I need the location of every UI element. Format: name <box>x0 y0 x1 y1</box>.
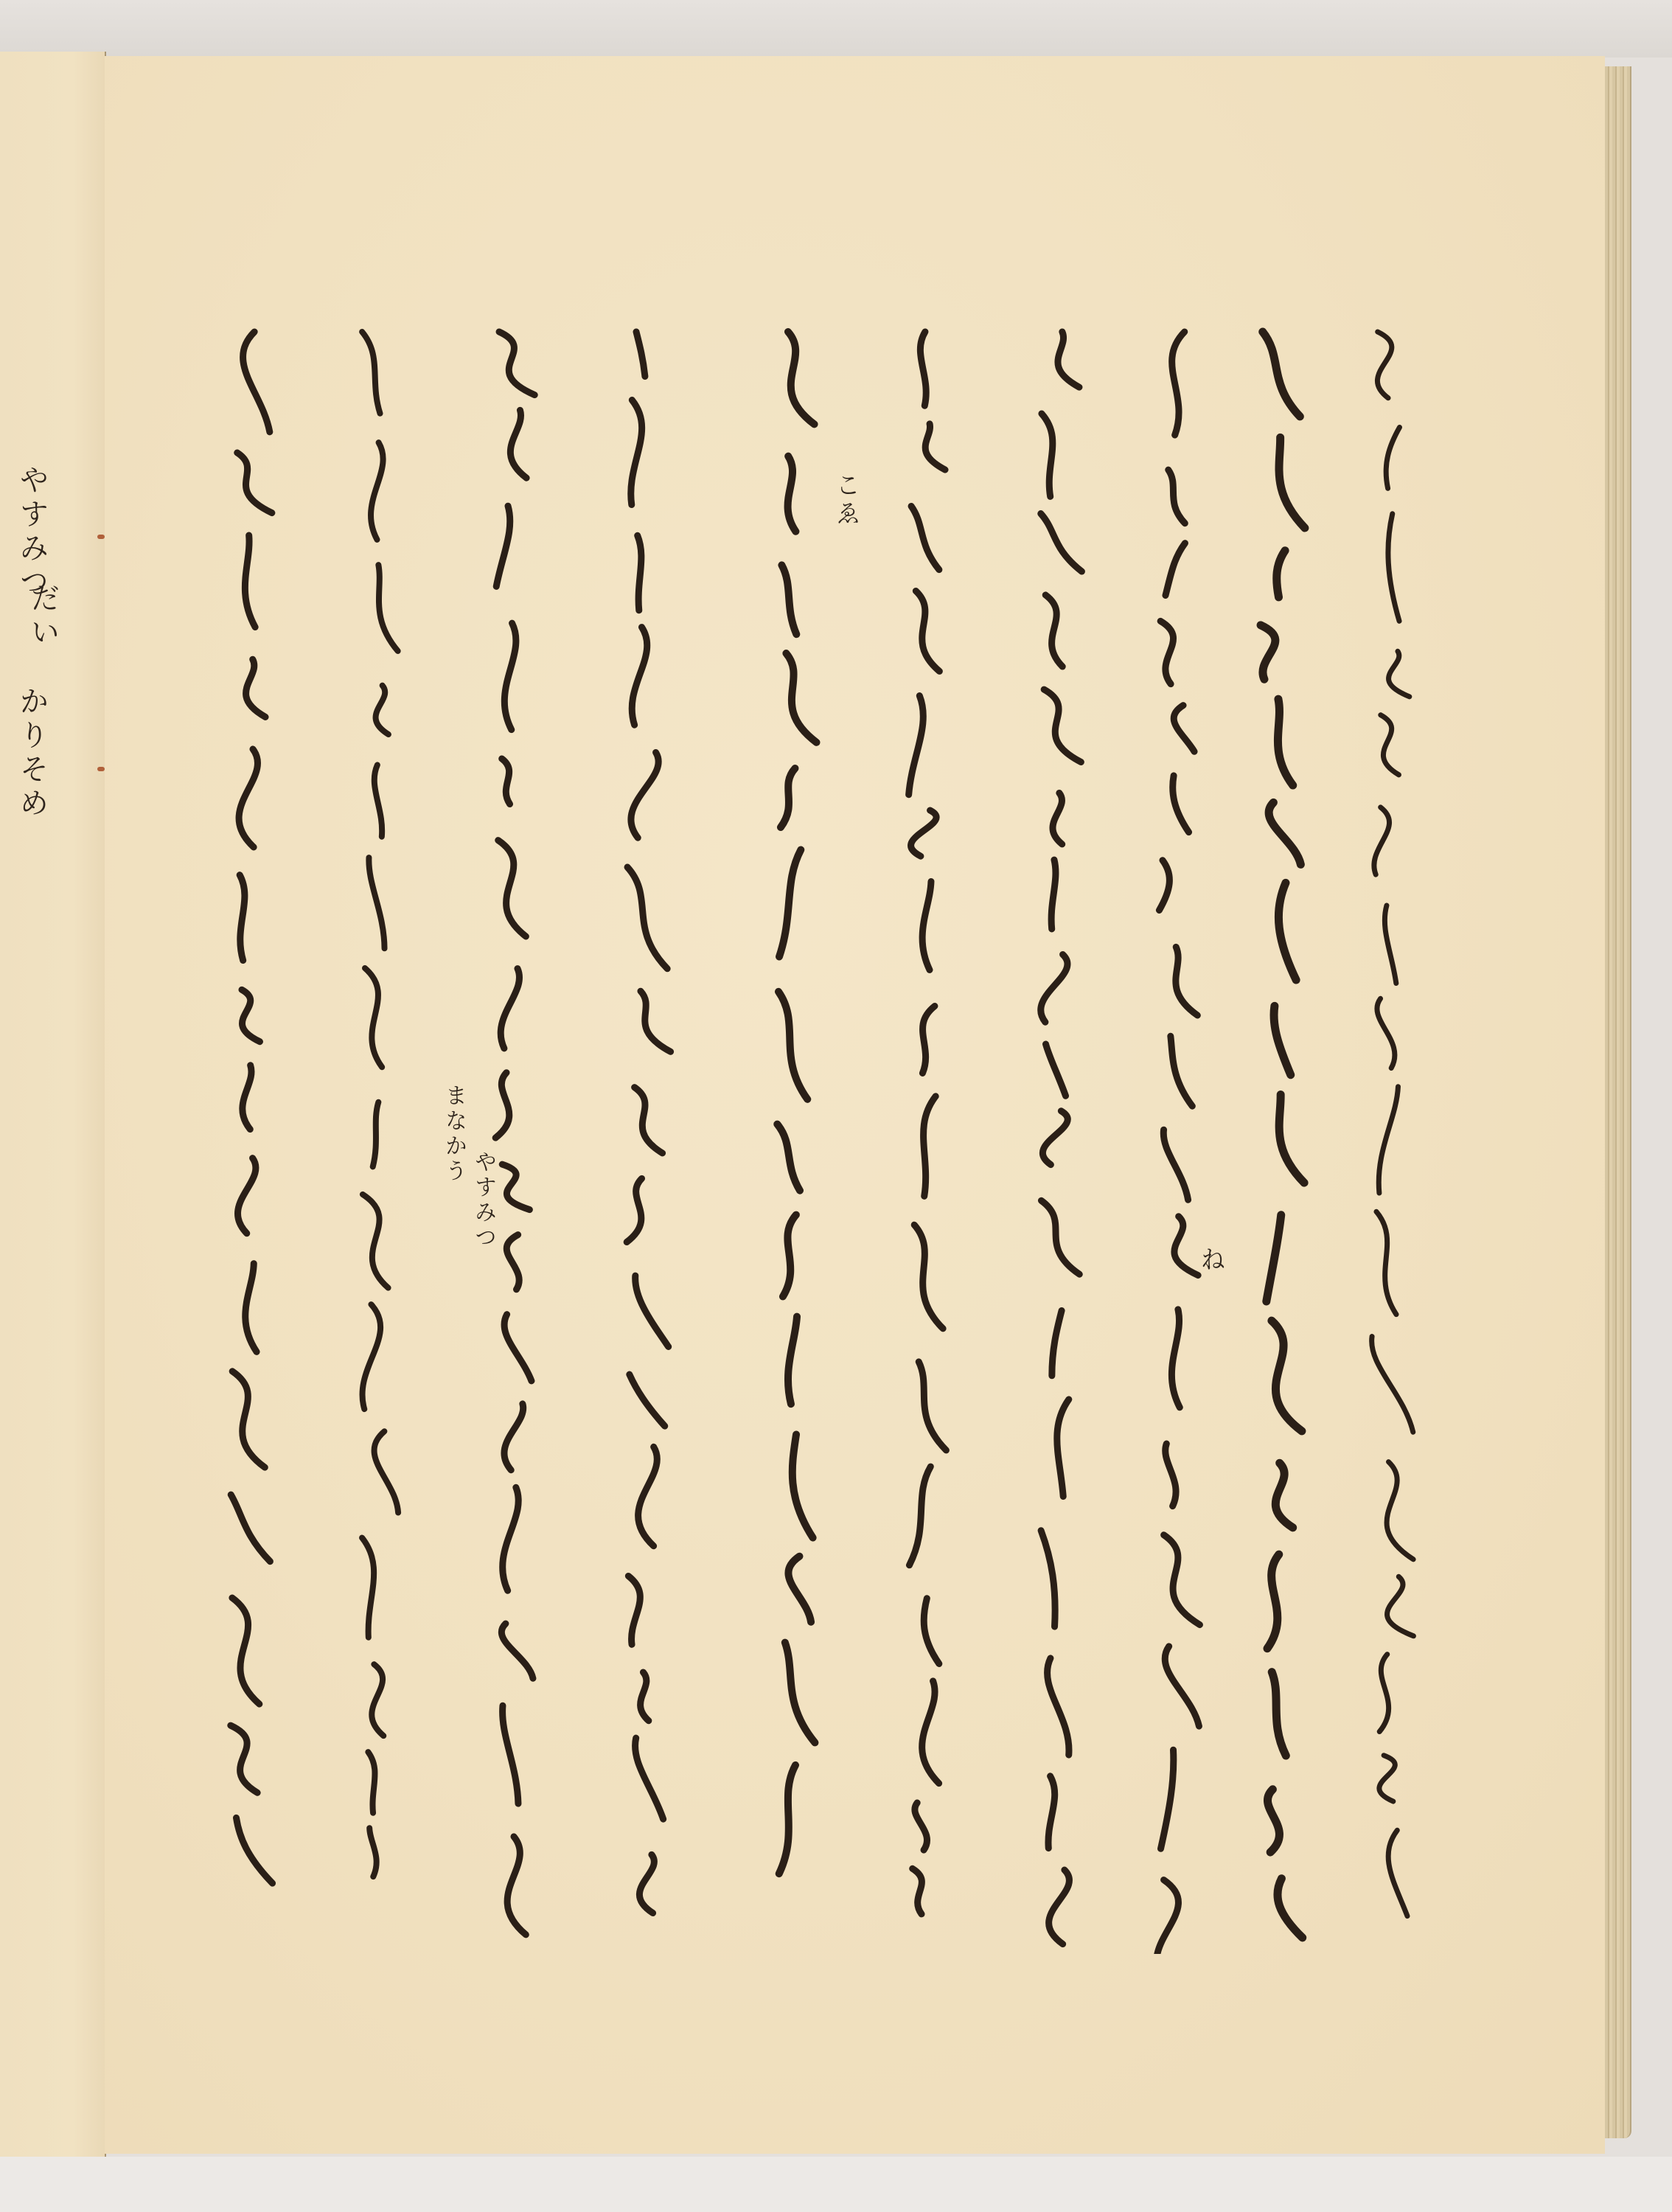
calligraphy-column-2 <box>1239 317 1327 1954</box>
calligraphy-column-10 <box>206 317 295 1954</box>
furigana-manakau: まなかう <box>442 1084 464 1184</box>
calligraphy-column-1 <box>1349 317 1438 1954</box>
left-annotation-3: かりそめ <box>11 686 53 821</box>
backdrop-top <box>0 0 1672 58</box>
furigana-ne: ね <box>1198 1246 1223 1274</box>
binding-stitch <box>97 767 105 771</box>
calligraphy-column-8 <box>472 317 560 1954</box>
calligraphy-column-4 <box>1017 317 1106 1954</box>
calligraphy-column-7 <box>605 317 693 1954</box>
furigana-koe: こゑ <box>833 472 858 528</box>
calligraphy-column-5 <box>885 317 973 1954</box>
left-annotation-2: だい <box>22 582 64 650</box>
calligraphy-column-6 <box>752 317 840 1954</box>
page-stack-edge <box>1605 66 1631 2138</box>
calligraphy-column-9 <box>339 317 428 1954</box>
binding-stitch <box>97 535 105 539</box>
left-annotation-1: やすみつ <box>11 465 53 600</box>
calligraphy-column-3 <box>1135 317 1224 1954</box>
backdrop-bottom <box>0 2157 1672 2212</box>
furigana-yasumitsu: やすみつ <box>472 1150 494 1251</box>
left-page: やすみつ だい かりそめ <box>0 52 106 2157</box>
